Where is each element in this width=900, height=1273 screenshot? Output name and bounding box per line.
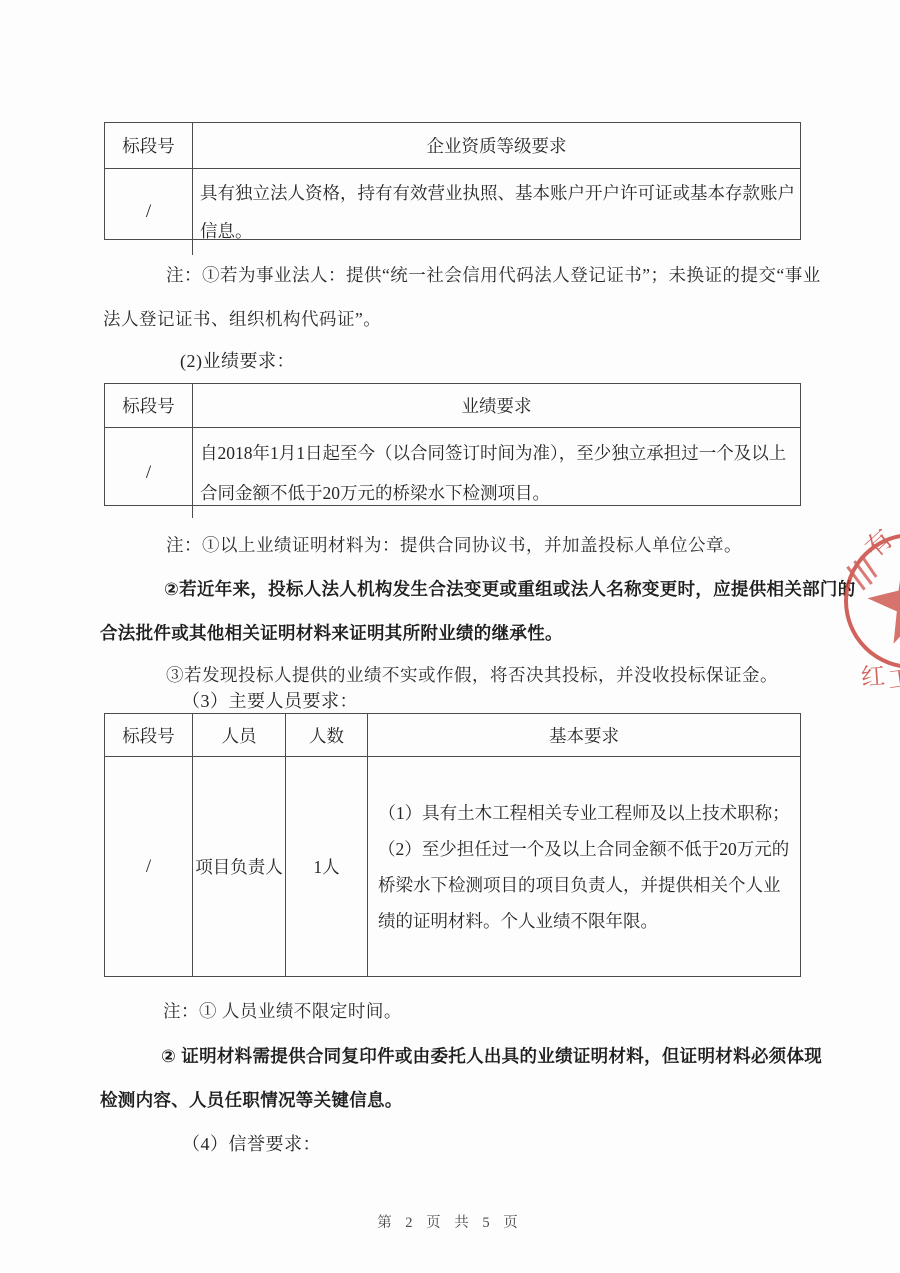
header-cell-section: 标段号 bbox=[105, 714, 193, 756]
requirement-item-2: （2）至少担任过一个及以上合同金额不低于20万元的桥梁水下检测项目的项目负责人，… bbox=[378, 831, 790, 939]
seal-top-char: 有 bbox=[860, 524, 899, 564]
header-cell-requirement: 企业资质等级要求 bbox=[193, 123, 800, 168]
header-cell-section: 标段号 bbox=[105, 123, 193, 168]
header-cell-requirement: 业绩要求 bbox=[193, 384, 800, 427]
requirement-item-1: （1）具有土木工程相关专业工程师及以上技术职称； bbox=[378, 795, 789, 831]
note-line: 合法批件或其他相关证明材料来证明其所附业绩的继承性。 bbox=[100, 621, 563, 645]
header-cell-section: 标段号 bbox=[105, 384, 193, 427]
cell-requirement-text: 具有独立法人资格，持有有效营业执照、基本账户开户许可证或基本存款账户信息。 bbox=[193, 169, 800, 255]
cell-section-number: / bbox=[105, 757, 193, 976]
note-line: ②若近年来，投标人法人机构发生合法变更或重组或法人名称变更时，应提供相关部门的 bbox=[164, 577, 856, 601]
seal-bottom-char-1: 红 bbox=[860, 662, 886, 692]
cell-section-number: / bbox=[105, 169, 193, 255]
personnel-table: 标段号 人员 人数 基本要求 / 项目负责人 1人 （1）具有土木工程相关专业工… bbox=[104, 713, 801, 977]
section-heading-credit: （4）信誉要求： bbox=[182, 1130, 321, 1156]
note-line: 法人登记证书、组织机构代码证”。 bbox=[103, 307, 381, 331]
cell-section-number: / bbox=[105, 428, 193, 518]
note-line: 注：① 人员业绩不限定时间。 bbox=[163, 999, 402, 1023]
seal-circle bbox=[838, 523, 900, 680]
table-row: / 项目负责人 1人 （1）具有土木工程相关专业工程师及以上技术职称； （2）至… bbox=[105, 757, 800, 976]
note-line: 检测内容、人员任职情况等关键信息。 bbox=[100, 1088, 403, 1112]
section-heading-performance: (2)业绩要求： bbox=[180, 347, 295, 373]
header-cell-requirement: 基本要求 bbox=[368, 714, 800, 756]
official-seal-stamp: 有 红 工 bbox=[838, 488, 900, 718]
table-row: / 自2018年1月1日起至今（以合同签订时间为准），至少独立承担过一个及以上合… bbox=[105, 428, 800, 518]
header-cell-role: 人员 bbox=[193, 714, 286, 756]
table-header-row: 标段号 人员 人数 基本要求 bbox=[105, 714, 800, 757]
cell-count: 1人 bbox=[286, 757, 368, 976]
cell-role: 项目负责人 bbox=[193, 757, 286, 976]
note-line: 注：①以上业绩证明材料为：提供合同协议书，并加盖投标人单位公章。 bbox=[166, 533, 742, 557]
header-cell-count: 人数 bbox=[286, 714, 368, 756]
cell-basic-requirements: （1）具有土木工程相关专业工程师及以上技术职称； （2）至少担任过一个及以上合同… bbox=[368, 757, 800, 976]
page-number: 第 2 页 共 5 页 bbox=[0, 1211, 900, 1232]
table-row: / 具有独立法人资格，持有有效营业执照、基本账户开户许可证或基本存款账户信息。 bbox=[105, 169, 800, 255]
section-heading-personnel: （3）主要人员要求： bbox=[182, 687, 358, 713]
table-header-row: 标段号 业绩要求 bbox=[105, 384, 800, 428]
table-header-row: 标段号 企业资质等级要求 bbox=[105, 123, 800, 169]
cell-requirement-text: 自2018年1月1日起至今（以合同签订时间为准），至少独立承担过一个及以上合同金… bbox=[193, 428, 800, 518]
note-line: ② 证明材料需提供合同复印件或由委托人出具的业绩证明材料，但证明材料必须体现 bbox=[161, 1044, 822, 1068]
performance-table: 标段号 业绩要求 / 自2018年1月1日起至今（以合同签订时间为准），至少独立… bbox=[104, 383, 801, 506]
seal-bottom-char-2: 工 bbox=[886, 663, 900, 694]
seal-star-icon bbox=[861, 550, 900, 647]
note-line: 注：①若为事业法人：提供“统一社会信用代码法人登记证书”；未换证的提交“事业 bbox=[166, 263, 821, 287]
note-line: ③若发现投标人提供的业绩不实或作假，将否决其投标，并没收投标保证金。 bbox=[166, 663, 778, 687]
document-page: 标段号 企业资质等级要求 / 具有独立法人资格，持有有效营业执照、基本账户开户许… bbox=[0, 0, 900, 1273]
qualification-table: 标段号 企业资质等级要求 / 具有独立法人资格，持有有效营业执照、基本账户开户许… bbox=[104, 122, 801, 240]
